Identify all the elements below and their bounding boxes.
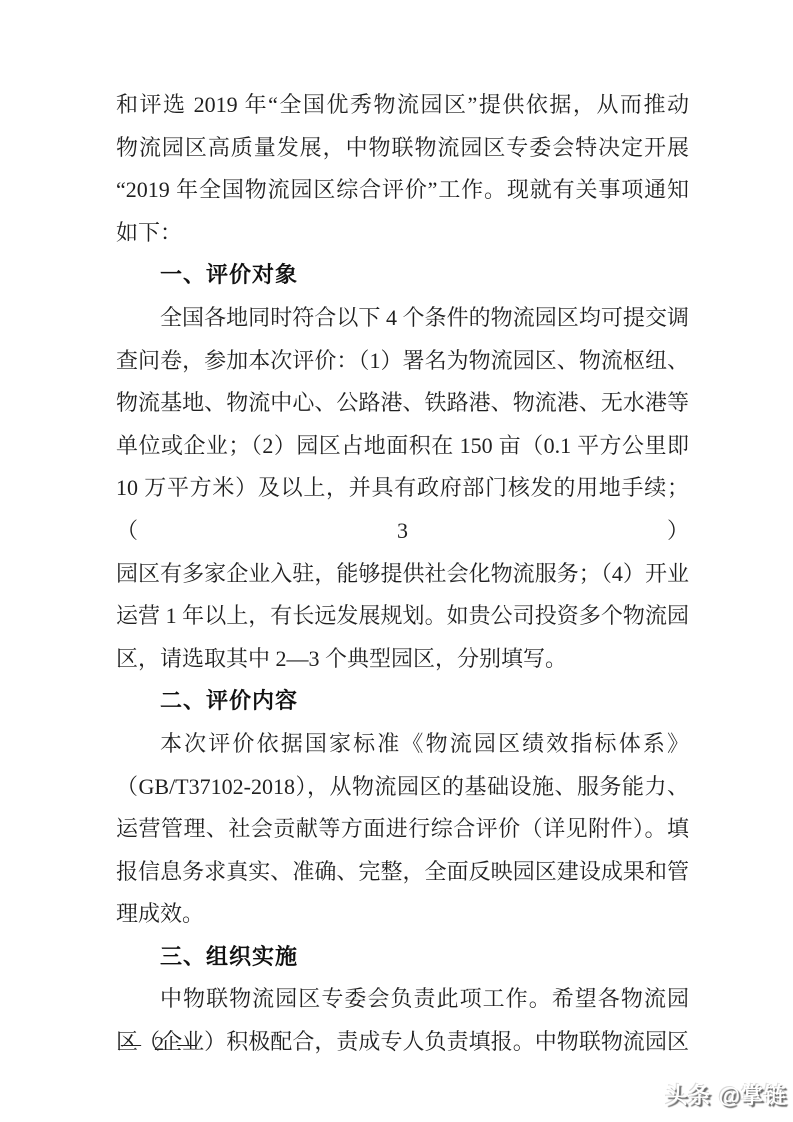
paragraph: 和评选 2019 年“全国优秀物流园区”提供依据，从而推动物流园区高质量发展，中… (116, 84, 689, 254)
document-line: （GB/T37102-2018），从物流园区的基础设施、服务能力、 (116, 766, 689, 809)
page-number: — 2 — (121, 1032, 201, 1056)
watermark: 头条 @掌链 (665, 1080, 787, 1112)
paragraph: 中物联物流园区专委会负责此项工作。希望各物流园区（企业）积极配合，责成专人负责填… (116, 978, 689, 1063)
document-page: 和评选 2019 年“全国优秀物流园区”提供依据，从而推动物流园区高质量发展，中… (0, 0, 793, 1122)
section-heading: 三、组织实施 (116, 936, 689, 979)
document-line: 10 万平方米）及以上，并具有政府部门核发的用地手续；（3） (116, 467, 689, 552)
section-heading: 一、评价对象 (116, 254, 689, 297)
document-line: 理成效。 (116, 893, 689, 936)
document-line: 区（企业）积极配合，责成专人负责填报。中物联物流园区 (116, 1021, 689, 1064)
document-line: 中物联物流园区专委会负责此项工作。希望各物流园 (116, 978, 689, 1021)
document-line: 全国各地同时符合以下 4 个条件的物流园区均可提交调 (116, 297, 689, 340)
document-line: 和评选 2019 年“全国优秀物流园区”提供依据，从而推动 (116, 84, 689, 127)
document-line: 物流基地、物流中心、公路港、铁路港、物流港、无水港等 (116, 382, 689, 425)
paragraph: 全国各地同时符合以下 4 个条件的物流园区均可提交调查问卷，参加本次评价：（1）… (116, 297, 689, 680)
document-line: 运营 1 年以上，有长远发展规划。如贵公司投资多个物流园 (116, 595, 689, 638)
document-line: 查问卷，参加本次评价：（1）署名为物流园区、物流枢纽、 (116, 340, 689, 383)
document-line: 运营管理、社会贡献等方面进行综合评价（详见附件）。填 (116, 808, 689, 851)
section-heading: 二、评价内容 (116, 680, 689, 723)
document-content: 和评选 2019 年“全国优秀物流园区”提供依据，从而推动物流园区高质量发展，中… (116, 84, 689, 1064)
document-line: 单位或企业；（2）园区占地面积在 150 亩（0.1 平方公里即 (116, 425, 689, 468)
document-line: 区，请选取其中 2—3 个典型园区，分别填写。 (116, 638, 689, 681)
document-line: 报信息务求真实、准确、完整，全面反映园区建设成果和管 (116, 851, 689, 894)
document-line: 物流园区高质量发展，中物联物流园区专委会特决定开展 (116, 127, 689, 170)
document-line: 本次评价依据国家标准《物流园区绩效指标体系》 (116, 723, 689, 766)
document-line: 园区有多家企业入驻，能够提供社会化物流服务；（4）开业 (116, 553, 689, 596)
document-line: “2019 年全国物流园区综合评价”工作。现就有关事项通知 (116, 169, 689, 212)
document-line: 如下： (116, 212, 689, 255)
paragraph: 本次评价依据国家标准《物流园区绩效指标体系》（GB/T37102-2018），从… (116, 723, 689, 936)
